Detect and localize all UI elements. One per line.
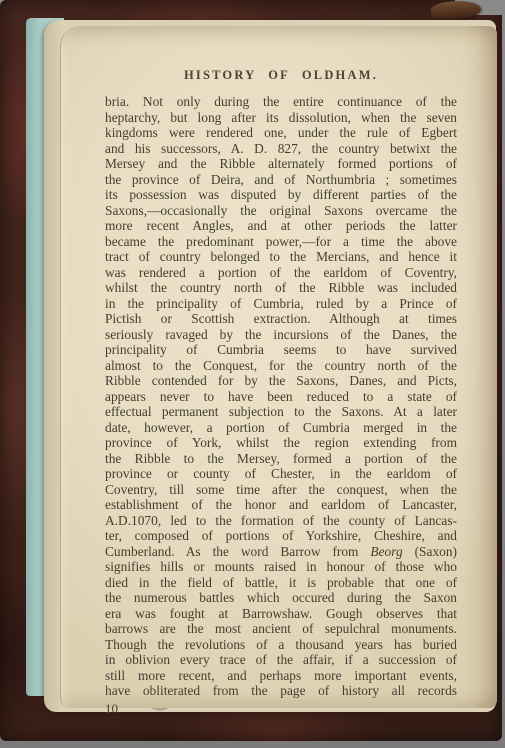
running-head: HISTORY OF OLDHAM. — [105, 68, 457, 83]
text-line: the Ribble to the Mersey, formed a porti… — [105, 451, 457, 467]
text-line: was rendered a portion of the earldom of… — [105, 265, 457, 281]
text-line: ter, composed of portions of Yorkshire, … — [105, 528, 457, 544]
text-line: signifies hills or mounts raised in hono… — [105, 559, 457, 575]
page-content: HISTORY OF OLDHAM. bria. Not only during… — [61, 26, 497, 717]
text-segment: Cumberland. As the word Barrow from — [105, 544, 370, 559]
text-line: kingdoms were rendered one, under the ru… — [105, 125, 457, 141]
text-line: establishment of the honor and earldom o… — [105, 497, 457, 513]
body-text: bria. Not only during the entire continu… — [105, 94, 457, 699]
text-line: whilst the country north of the Ribble w… — [105, 280, 457, 296]
text-line: bria. Not only during the entire continu… — [105, 94, 457, 110]
text-line: appears never to have been reduced to a … — [105, 389, 457, 405]
text-line: Cumberland. As the word Barrow from Beor… — [105, 544, 457, 560]
text-line: province or county of Chester, in the ea… — [105, 466, 457, 482]
text-line: still more recent, and perhaps more impo… — [105, 668, 457, 684]
text-line: effectual permanent subjection to the Sa… — [105, 404, 457, 420]
text-line: in the principality of Cumbria, ruled by… — [105, 296, 457, 312]
text-line: province of York, whilst the region exte… — [105, 435, 457, 451]
text-line: the province of Deira, and of Northumbri… — [105, 172, 457, 188]
text-line: era was fought at Barrowshaw. Gough obse… — [105, 606, 457, 622]
italic-word: Beorg — [370, 544, 402, 559]
text-line: principality of Cumbria seems to have su… — [105, 342, 457, 358]
text-line: Saxons,—occasionally the original Saxons… — [105, 203, 457, 219]
text-line: its possession was disputed by different… — [105, 187, 457, 203]
text-line: more recent Angles, and at other periods… — [105, 218, 457, 234]
page-number: 10 — [105, 701, 457, 717]
text-line: Ribble contended for by the Saxons, Dane… — [105, 373, 457, 389]
text-line: heptarchy, but long after its dissolutio… — [105, 110, 457, 126]
text-line: seriously ravaged by the incursions of t… — [105, 327, 457, 343]
text-line: almost to the Conquest, for the country … — [105, 358, 457, 374]
text-line: and his successors, A. D. 827, the count… — [105, 141, 457, 157]
text-line: have obliterated from the page of histor… — [105, 683, 457, 699]
text-line: Pictish or Scottish extraction. Although… — [105, 311, 457, 327]
text-line: tract of country belonged to the Mercian… — [105, 249, 457, 265]
text-segment: (Saxon) — [403, 544, 457, 559]
book-photo: HISTORY OF OLDHAM. bria. Not only during… — [0, 0, 505, 748]
text-line: barrows are the most ancient of sepulchr… — [105, 621, 457, 637]
text-line: became the predominant power,—for a time… — [105, 234, 457, 250]
text-line: Mersey and the Ribble alternately formed… — [105, 156, 457, 172]
text-line: the numerous battles which occured durin… — [105, 590, 457, 606]
text-line: A.D.1070, led to the formation of the co… — [105, 513, 457, 529]
text-line: date, however, a portion of Cumbria merg… — [105, 420, 457, 436]
book-page: HISTORY OF OLDHAM. bria. Not only during… — [60, 26, 497, 708]
text-line: Though the revolutions of a thousand yea… — [105, 637, 457, 653]
text-line: in oblivion every trace of the affair, i… — [105, 652, 457, 668]
text-line: Coventry, till some time after the conqu… — [105, 482, 457, 498]
text-line: died in the field of battle, it is proba… — [105, 575, 457, 591]
